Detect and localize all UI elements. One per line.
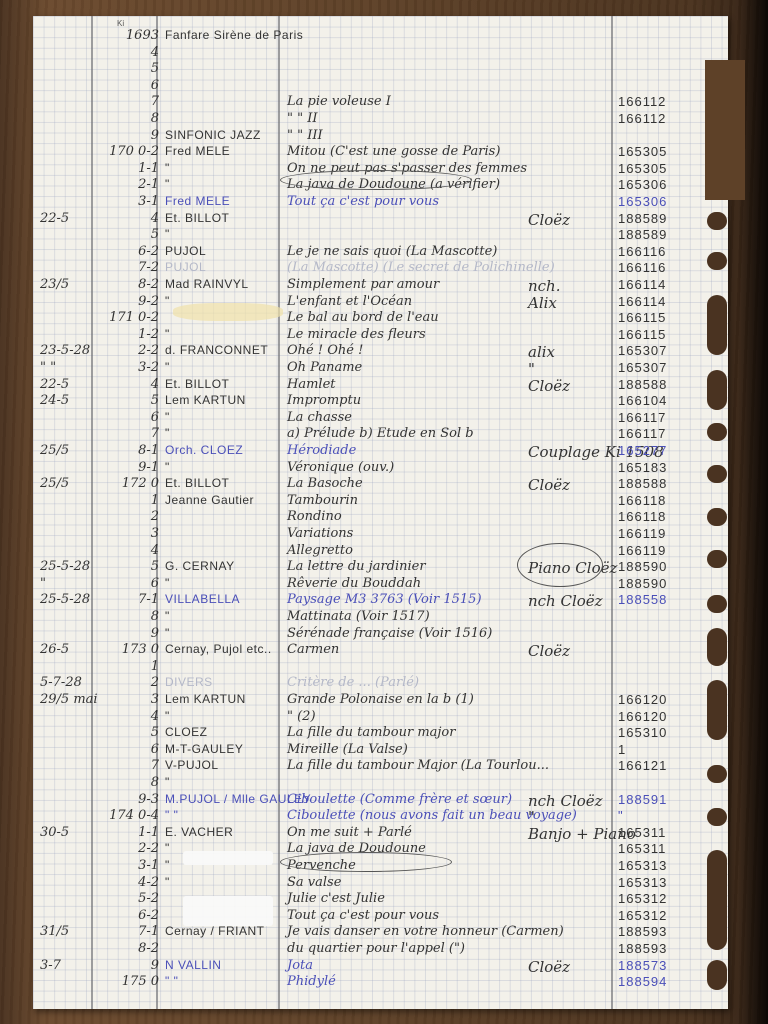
binder-hole bbox=[707, 850, 727, 950]
entry-date: 23/5 bbox=[40, 277, 98, 292]
margin-note: Cloëz bbox=[528, 642, 618, 660]
song-title: Tout ça c'est pour vous bbox=[287, 908, 587, 923]
margin-note: Banjo + Piano bbox=[528, 825, 618, 843]
reference-number: 166114 bbox=[618, 277, 708, 292]
correction-fluid bbox=[183, 896, 273, 926]
song-title: Rondino bbox=[287, 509, 587, 524]
catalog-number: 4-2 bbox=[97, 875, 159, 890]
catalog-number: 6 bbox=[97, 576, 159, 591]
artist-name: " bbox=[165, 426, 280, 440]
song-title: Je vais danser en votre honneur (Carmen) bbox=[287, 924, 587, 939]
ledger-row: 175 0" "Phidylé188594 bbox=[33, 974, 728, 994]
song-title: Sa valse bbox=[287, 875, 587, 890]
torn-edge bbox=[705, 60, 745, 200]
binder-hole bbox=[707, 765, 727, 783]
correction-fluid bbox=[183, 851, 273, 865]
artist-name: " bbox=[165, 626, 280, 640]
artist-name: M.PUJOL / Mlle GAULEY bbox=[165, 792, 280, 806]
artist-name: " " bbox=[165, 974, 280, 988]
binder-hole bbox=[707, 423, 727, 441]
reference-number: 165312 bbox=[618, 908, 708, 923]
reference-number: 188558 bbox=[618, 592, 708, 607]
catalog-number: 7 bbox=[97, 426, 159, 441]
margin-note: nch Cloëz bbox=[528, 592, 618, 610]
artist-name: Mad RAINVYL bbox=[165, 277, 280, 291]
entry-date: " " bbox=[40, 360, 98, 375]
catalog-number: 2-2 bbox=[97, 343, 159, 358]
song-title: Tout ça c'est pour vous bbox=[287, 194, 587, 209]
artist-name: V-PUJOL bbox=[165, 758, 280, 772]
circled-title bbox=[280, 852, 452, 872]
reference-number: 165307 bbox=[618, 343, 708, 358]
song-title: du quartier pour l'appel (") bbox=[287, 941, 587, 956]
entry-date: 31/5 bbox=[40, 924, 98, 939]
reference-number: 188588 bbox=[618, 476, 708, 491]
binder-hole bbox=[707, 680, 727, 740]
catalog-number: 5 bbox=[97, 393, 159, 408]
catalog-number: 174 0-4 bbox=[97, 808, 159, 823]
reference-number: 188590 bbox=[618, 576, 708, 591]
binder-hole bbox=[707, 808, 727, 826]
margin-note: " bbox=[528, 360, 618, 378]
catalog-number: 5 bbox=[97, 227, 159, 242]
reference-number: 166112 bbox=[618, 94, 708, 109]
song-title: Véronique (ouv.) bbox=[287, 460, 587, 475]
reference-number: 1 bbox=[618, 742, 708, 757]
catalog-number: 9-3 bbox=[97, 792, 159, 807]
artist-name: Et. BILLOT bbox=[165, 377, 280, 391]
catalog-number: 7 bbox=[97, 94, 159, 109]
catalog-number: 8-2 bbox=[97, 277, 159, 292]
reference-number: 165306 bbox=[618, 194, 708, 209]
catalog-number: 8 bbox=[97, 775, 159, 790]
catalog-number: 4 bbox=[97, 211, 159, 226]
binder-hole bbox=[707, 295, 727, 355]
margin-note: Cloëz bbox=[528, 476, 618, 494]
catalog-number: 171 0-2 bbox=[97, 310, 159, 325]
catalog-number: 4 bbox=[97, 709, 159, 724]
catalog-number: 4 bbox=[97, 543, 159, 558]
binder-hole bbox=[707, 628, 727, 666]
catalog-number: 8 bbox=[97, 609, 159, 624]
reference-number: 166112 bbox=[618, 111, 708, 126]
catalog-number: 9 bbox=[97, 958, 159, 973]
catalog-number: 9 bbox=[97, 128, 159, 143]
artist-name: Orch. CLOEZ bbox=[165, 443, 280, 457]
catalog-number: 8-2 bbox=[97, 941, 159, 956]
artist-name: PUJOL bbox=[165, 244, 280, 258]
reference-number: 188590 bbox=[618, 559, 708, 574]
song-title: Variations bbox=[287, 526, 587, 541]
binder-hole bbox=[707, 252, 727, 270]
artist-name: " bbox=[165, 460, 280, 474]
artist-name: " bbox=[165, 576, 280, 590]
reference-number: 165310 bbox=[618, 725, 708, 740]
entry-date: 25-5-28 bbox=[40, 592, 98, 607]
artist-name: Cernay / FRIANT bbox=[165, 924, 280, 938]
catalog-number: 9-1 bbox=[97, 460, 159, 475]
song-title: La chasse bbox=[287, 410, 587, 425]
artist-name: Fred MELE bbox=[165, 194, 280, 208]
catalog-number: 3 bbox=[97, 692, 159, 707]
catalog-number: 6-2 bbox=[97, 908, 159, 923]
artist-name: SINFONIC JAZZ bbox=[165, 128, 280, 142]
catalog-number: 1693 bbox=[97, 28, 159, 43]
catalog-number: 173 0 bbox=[97, 642, 159, 657]
stain bbox=[173, 303, 283, 321]
margin-note: Couplage Ki 1508 bbox=[528, 443, 618, 461]
reference-number: 165311 bbox=[618, 825, 708, 840]
margin-note: Cloëz bbox=[528, 958, 618, 976]
song-title: Le bal au bord de l'eau bbox=[287, 310, 587, 325]
reference-number: 188589 bbox=[618, 211, 708, 226]
artist-name: " bbox=[165, 775, 280, 789]
margin-note: alix bbox=[528, 343, 618, 361]
catalog-number: 2 bbox=[97, 675, 159, 690]
catalog-number: 2-1 bbox=[97, 177, 159, 192]
reference-number: 166115 bbox=[618, 327, 708, 342]
artist-name: Jeanne Gautier bbox=[165, 493, 280, 507]
catalog-number: 3-1 bbox=[97, 194, 159, 209]
binder-hole bbox=[707, 508, 727, 526]
artist-name: " bbox=[165, 609, 280, 623]
song-title: Sérénade française (Voir 1516) bbox=[287, 626, 587, 641]
artist-name: d. FRANCONNET bbox=[165, 343, 280, 357]
entry-date: 25-5-28 bbox=[40, 559, 98, 574]
reference-number: 166119 bbox=[618, 543, 708, 558]
catalog-number: 170 0-2 bbox=[97, 144, 159, 159]
artist-name: Cernay, Pujol etc.. bbox=[165, 642, 280, 656]
artist-name: " bbox=[165, 360, 280, 374]
catalog-number: 175 0 bbox=[97, 974, 159, 989]
catalog-number: 6 bbox=[97, 742, 159, 757]
artist-name: " bbox=[165, 161, 280, 175]
artist-name: " bbox=[165, 227, 280, 241]
catalog-number: 1-1 bbox=[97, 825, 159, 840]
margin-note: " bbox=[528, 808, 618, 826]
reference-number: 188588 bbox=[618, 377, 708, 392]
reference-number: 166104 bbox=[618, 393, 708, 408]
reference-number: 188593 bbox=[618, 941, 708, 956]
reference-number: " bbox=[618, 808, 708, 823]
song-title: Le miracle des fleurs bbox=[287, 327, 587, 342]
entry-date: 26-5 bbox=[40, 642, 98, 657]
catalog-number: 6-2 bbox=[97, 244, 159, 259]
reference-number: 188589 bbox=[618, 227, 708, 242]
catalog-number: 4 bbox=[97, 45, 159, 60]
artist-name: PUJOL bbox=[165, 260, 280, 274]
entry-date: 25/5 bbox=[40, 476, 98, 491]
song-title: Phidylé bbox=[287, 974, 587, 989]
reference-number: 188573 bbox=[618, 958, 708, 973]
reference-number: 188594 bbox=[618, 974, 708, 989]
song-title: La pie voleuse I bbox=[287, 94, 587, 109]
reference-number: 166116 bbox=[618, 244, 708, 259]
artist-name: Fred MELE bbox=[165, 144, 280, 158]
artist-name: " bbox=[165, 177, 280, 191]
reference-number: 165277 bbox=[618, 443, 708, 458]
catalog-number: 1 bbox=[97, 493, 159, 508]
artist-name: " bbox=[165, 327, 280, 341]
song-title: Critère de ... (Parlé) bbox=[287, 675, 587, 690]
reference-number: 165313 bbox=[618, 875, 708, 890]
reference-number: 165306 bbox=[618, 177, 708, 192]
artist-name: Lem KARTUN bbox=[165, 692, 280, 706]
song-title: Impromptu bbox=[287, 393, 587, 408]
catalog-number: 7-1 bbox=[97, 924, 159, 939]
song-title: Grande Polonaise en la b (1) bbox=[287, 692, 587, 707]
song-title: a) Prélude b) Etude en Sol b bbox=[287, 426, 587, 441]
song-title: La fille du tambour major bbox=[287, 725, 587, 740]
song-title: Le je ne sais quoi (La Mascotte) bbox=[287, 244, 587, 259]
entry-date: 22-5 bbox=[40, 211, 98, 226]
margin-note: Cloëz bbox=[528, 211, 618, 229]
catalog-number: 1 bbox=[97, 659, 159, 674]
reference-number: 166118 bbox=[618, 509, 708, 524]
artist-name: Et. BILLOT bbox=[165, 476, 280, 490]
reference-number: 188591 bbox=[618, 792, 708, 807]
catalog-number: 7-2 bbox=[97, 260, 159, 275]
artist-name: " bbox=[165, 709, 280, 723]
song-title: Tambourin bbox=[287, 493, 587, 508]
entry-date: 23-5-28 bbox=[40, 343, 98, 358]
entry-date: 30-5 bbox=[40, 825, 98, 840]
catalog-prefix-label: Ki bbox=[117, 19, 124, 28]
reference-number: 166121 bbox=[618, 758, 708, 773]
entry-date: 25/5 bbox=[40, 443, 98, 458]
binder-hole bbox=[707, 465, 727, 483]
song-title: La fille du tambour Major (La Tourlou... bbox=[287, 758, 587, 773]
reference-number: 166116 bbox=[618, 260, 708, 275]
catalog-number: 6 bbox=[97, 78, 159, 93]
song-title: " (2) bbox=[287, 709, 587, 724]
reference-number: 166117 bbox=[618, 426, 708, 441]
artist-name: VILLABELLA bbox=[165, 592, 280, 606]
catalog-number: 172 0 bbox=[97, 476, 159, 491]
catalog-number: 5 bbox=[97, 725, 159, 740]
circled-title bbox=[280, 170, 472, 190]
catalog-number: 5 bbox=[97, 61, 159, 76]
artist-name: Lem KARTUN bbox=[165, 393, 280, 407]
catalog-number: 2-2 bbox=[97, 841, 159, 856]
song-title: Mireille (La Valse) bbox=[287, 742, 587, 757]
reference-number: 188593 bbox=[618, 924, 708, 939]
binder-hole bbox=[707, 595, 727, 613]
catalog-number: 8 bbox=[97, 111, 159, 126]
catalog-number: 8-1 bbox=[97, 443, 159, 458]
reference-number: 165305 bbox=[618, 161, 708, 176]
artist-name: " " bbox=[165, 808, 280, 822]
catalog-number: 1-1 bbox=[97, 161, 159, 176]
catalog-number: 9 bbox=[97, 626, 159, 641]
catalog-number: 5 bbox=[97, 559, 159, 574]
song-title: Mattinata (Voir 1517) bbox=[287, 609, 587, 624]
reference-number: 166119 bbox=[618, 526, 708, 541]
song-title: " " III bbox=[287, 128, 587, 143]
song-title: (La Mascotte) (Le secret de Polichinelle… bbox=[287, 260, 587, 275]
binder-hole bbox=[707, 960, 727, 990]
catalog-number: 3 bbox=[97, 526, 159, 541]
ledger-sheet: Ki 1693Fanfare Sirène de Paris4567La pie… bbox=[33, 16, 728, 1009]
artist-name: M-T-GAULEY bbox=[165, 742, 280, 756]
reference-number: 165183 bbox=[618, 460, 708, 475]
artist-name: Fanfare Sirène de Paris bbox=[165, 28, 280, 42]
reference-number: 165313 bbox=[618, 858, 708, 873]
binder-hole bbox=[707, 550, 727, 568]
artist-name: DIVERS bbox=[165, 675, 280, 689]
catalog-number: 1-2 bbox=[97, 327, 159, 342]
song-title: Julie c'est Julie bbox=[287, 891, 587, 906]
reference-number: 166117 bbox=[618, 410, 708, 425]
reference-number: 165312 bbox=[618, 891, 708, 906]
artist-name: Et. BILLOT bbox=[165, 211, 280, 225]
circled-annotation bbox=[517, 543, 603, 587]
reference-number: 165307 bbox=[618, 360, 708, 375]
artist-name: N VALLIN bbox=[165, 958, 280, 972]
binder-hole bbox=[707, 370, 727, 410]
artist-name: G. CERNAY bbox=[165, 559, 280, 573]
margin-note: Cloëz bbox=[528, 377, 618, 395]
catalog-number: 7-1 bbox=[97, 592, 159, 607]
catalog-number: 2 bbox=[97, 509, 159, 524]
entry-date: " bbox=[40, 576, 98, 591]
margin-note: Alix bbox=[528, 294, 618, 312]
entry-date: 24-5 bbox=[40, 393, 98, 408]
artist-name: CLOEZ bbox=[165, 725, 280, 739]
catalog-number: 5-2 bbox=[97, 891, 159, 906]
reference-number: 166120 bbox=[618, 692, 708, 707]
artist-name: " bbox=[165, 410, 280, 424]
song-title: Mitou (C'est une gosse de Paris) bbox=[287, 144, 587, 159]
song-title: " " II bbox=[287, 111, 587, 126]
catalog-number: 6 bbox=[97, 410, 159, 425]
reference-number: 166118 bbox=[618, 493, 708, 508]
catalog-number: 9-2 bbox=[97, 294, 159, 309]
catalog-number: 3-2 bbox=[97, 360, 159, 375]
reference-number: 165311 bbox=[618, 841, 708, 856]
margin-note: nch. bbox=[528, 277, 618, 295]
entry-date: 5-7-28 bbox=[40, 675, 98, 690]
artist-name: " bbox=[165, 875, 280, 889]
binder-hole bbox=[707, 212, 727, 230]
reference-number: 166115 bbox=[618, 310, 708, 325]
catalog-number: 7 bbox=[97, 758, 159, 773]
reference-number: 165305 bbox=[618, 144, 708, 159]
entry-date: 22-5 bbox=[40, 377, 98, 392]
reference-number: 166114 bbox=[618, 294, 708, 309]
entry-date: 29/5 mai bbox=[40, 692, 98, 707]
catalog-number: 3-1 bbox=[97, 858, 159, 873]
entry-date: 3-7 bbox=[40, 958, 98, 973]
margin-note: nch Cloëz bbox=[528, 792, 618, 810]
artist-name: E. VACHER bbox=[165, 825, 280, 839]
catalog-number: 4 bbox=[97, 377, 159, 392]
reference-number: 166120 bbox=[618, 709, 708, 724]
